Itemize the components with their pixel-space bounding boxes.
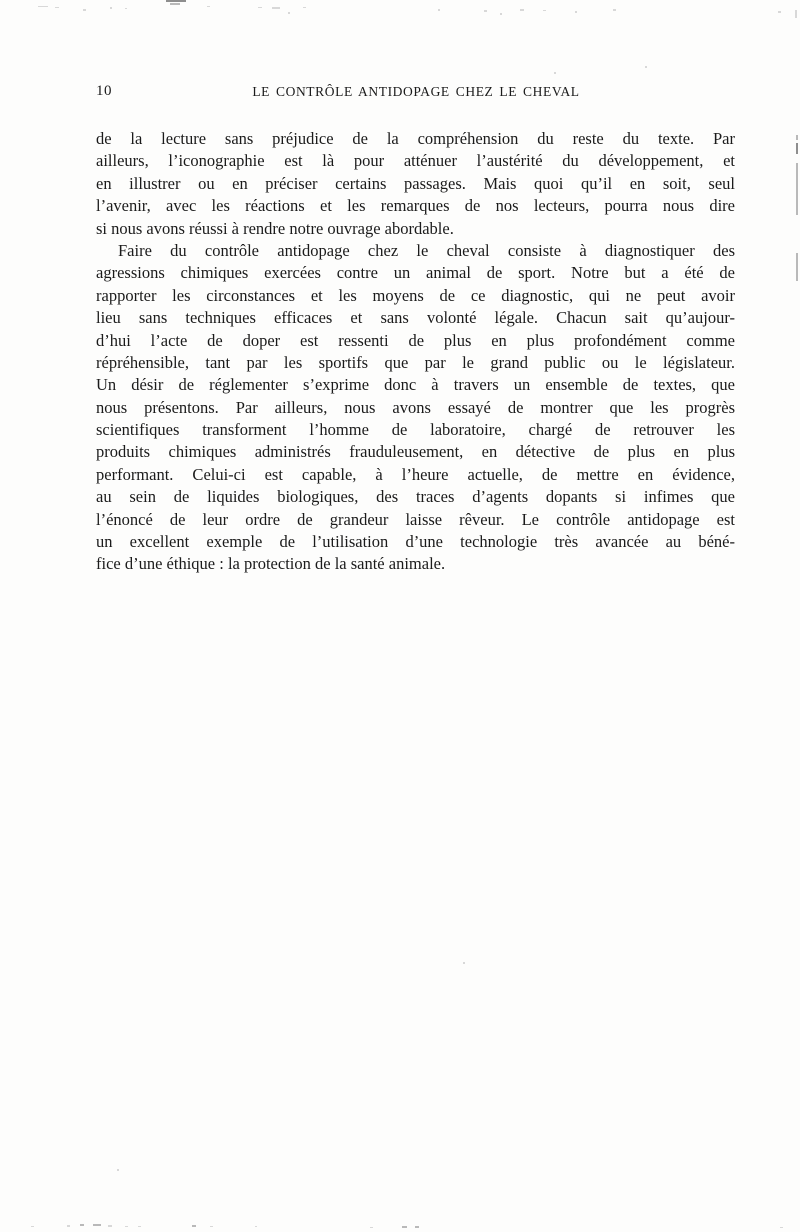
page-header: 10 LE CONTRÔLE ANTIDOPAGE CHEZ LE CHEVAL	[96, 83, 736, 101]
paragraph: de la lecture sans préjudice de la compr…	[96, 128, 735, 240]
text-line: d’hui l’acte de doper est ressenti de pl…	[96, 330, 735, 352]
scan-artifact	[795, 10, 797, 18]
text-block: de la lecture sans préjudice de la compr…	[96, 128, 735, 576]
text-line: Faire du contrôle antidopage chez le che…	[96, 240, 735, 262]
text-line: performant. Celui-ci est capable, à l’he…	[96, 464, 735, 486]
scan-artifact	[38, 6, 48, 7]
text-line: produits chimiques administrés frauduleu…	[96, 441, 735, 463]
scan-artifact	[645, 66, 647, 68]
scan-artifact	[575, 11, 577, 13]
running-title: LE CONTRÔLE ANTIDOPAGE CHEZ LE CHEVAL	[96, 84, 736, 100]
scan-artifact	[117, 1169, 119, 1171]
scan-artifact	[255, 1226, 257, 1227]
text-line: scientifiques transforment l’homme de la…	[96, 419, 735, 441]
scan-artifact	[543, 10, 546, 11]
scan-artifact	[303, 7, 306, 8]
scan-artifact	[500, 13, 502, 15]
scan-artifact	[138, 1226, 141, 1227]
text-line: répréhensible, tant par les sportifs que…	[96, 352, 735, 374]
scan-artifact	[166, 0, 186, 2]
scan-artifact	[80, 1224, 84, 1226]
text-line: au sein de liquides biologiques, des tra…	[96, 486, 735, 508]
scan-artifact	[796, 135, 798, 140]
scan-artifact	[210, 1226, 213, 1227]
scan-artifact	[554, 72, 556, 74]
text-line: nous présentons. Par ailleurs, nous avon…	[96, 397, 735, 419]
scan-artifact	[125, 1226, 128, 1227]
text-line: l’avenir, avec les réactions et les rema…	[96, 195, 735, 217]
scan-artifact	[192, 1225, 196, 1227]
scan-artifact	[67, 1225, 70, 1227]
scan-artifact	[463, 962, 465, 964]
paragraph: Faire du contrôle antidopage chez le che…	[96, 240, 735, 576]
text-line: si nous avons réussi à rendre notre ouvr…	[96, 218, 735, 240]
text-line: lieu sans techniques efficaces et sans v…	[96, 307, 735, 329]
text-line: agressions chimiques exercées contre un …	[96, 262, 735, 284]
scan-artifact	[520, 9, 524, 11]
text-line: rapporter les circonstances et les moyen…	[96, 285, 735, 307]
text-line: un excellent exemple de l’utilisation d’…	[96, 531, 735, 553]
scan-artifact	[796, 163, 798, 215]
scan-artifact	[272, 7, 280, 9]
scan-artifact	[438, 9, 440, 11]
text-line: ailleurs, l’iconographie est là pour att…	[96, 150, 735, 172]
scan-artifact	[796, 253, 798, 281]
scanned-book-page: { "header": { "page_number": "10", "runn…	[0, 0, 800, 1232]
scan-artifact	[83, 9, 86, 11]
scan-artifact	[402, 1226, 407, 1228]
scan-artifact	[796, 143, 798, 154]
scan-artifact	[778, 11, 781, 13]
scan-artifact	[110, 7, 112, 9]
text-line: l’énoncé de leur ordre de grandeur laiss…	[96, 509, 735, 531]
scan-artifact	[125, 8, 127, 9]
scan-artifact	[370, 1227, 373, 1228]
scan-artifact	[415, 1226, 419, 1228]
scan-artifact	[108, 1225, 112, 1227]
scan-artifact	[207, 6, 210, 7]
scan-artifact	[484, 10, 487, 12]
scan-artifact	[93, 1224, 101, 1226]
text-line: fice d’une éthique : la protection de la…	[96, 553, 735, 575]
scan-artifact	[613, 9, 616, 11]
text-line: en illustrer ou en préciser certains pas…	[96, 173, 735, 195]
scan-artifact	[31, 1226, 34, 1227]
scan-artifact	[780, 1227, 783, 1228]
text-line: de la lecture sans préjudice de la compr…	[96, 128, 735, 150]
scan-artifact	[258, 7, 262, 8]
scan-artifact	[55, 7, 59, 8]
scan-artifact	[170, 3, 180, 5]
scan-artifact	[288, 12, 290, 14]
text-line: Un désir de réglementer s’exprime donc à…	[96, 374, 735, 396]
